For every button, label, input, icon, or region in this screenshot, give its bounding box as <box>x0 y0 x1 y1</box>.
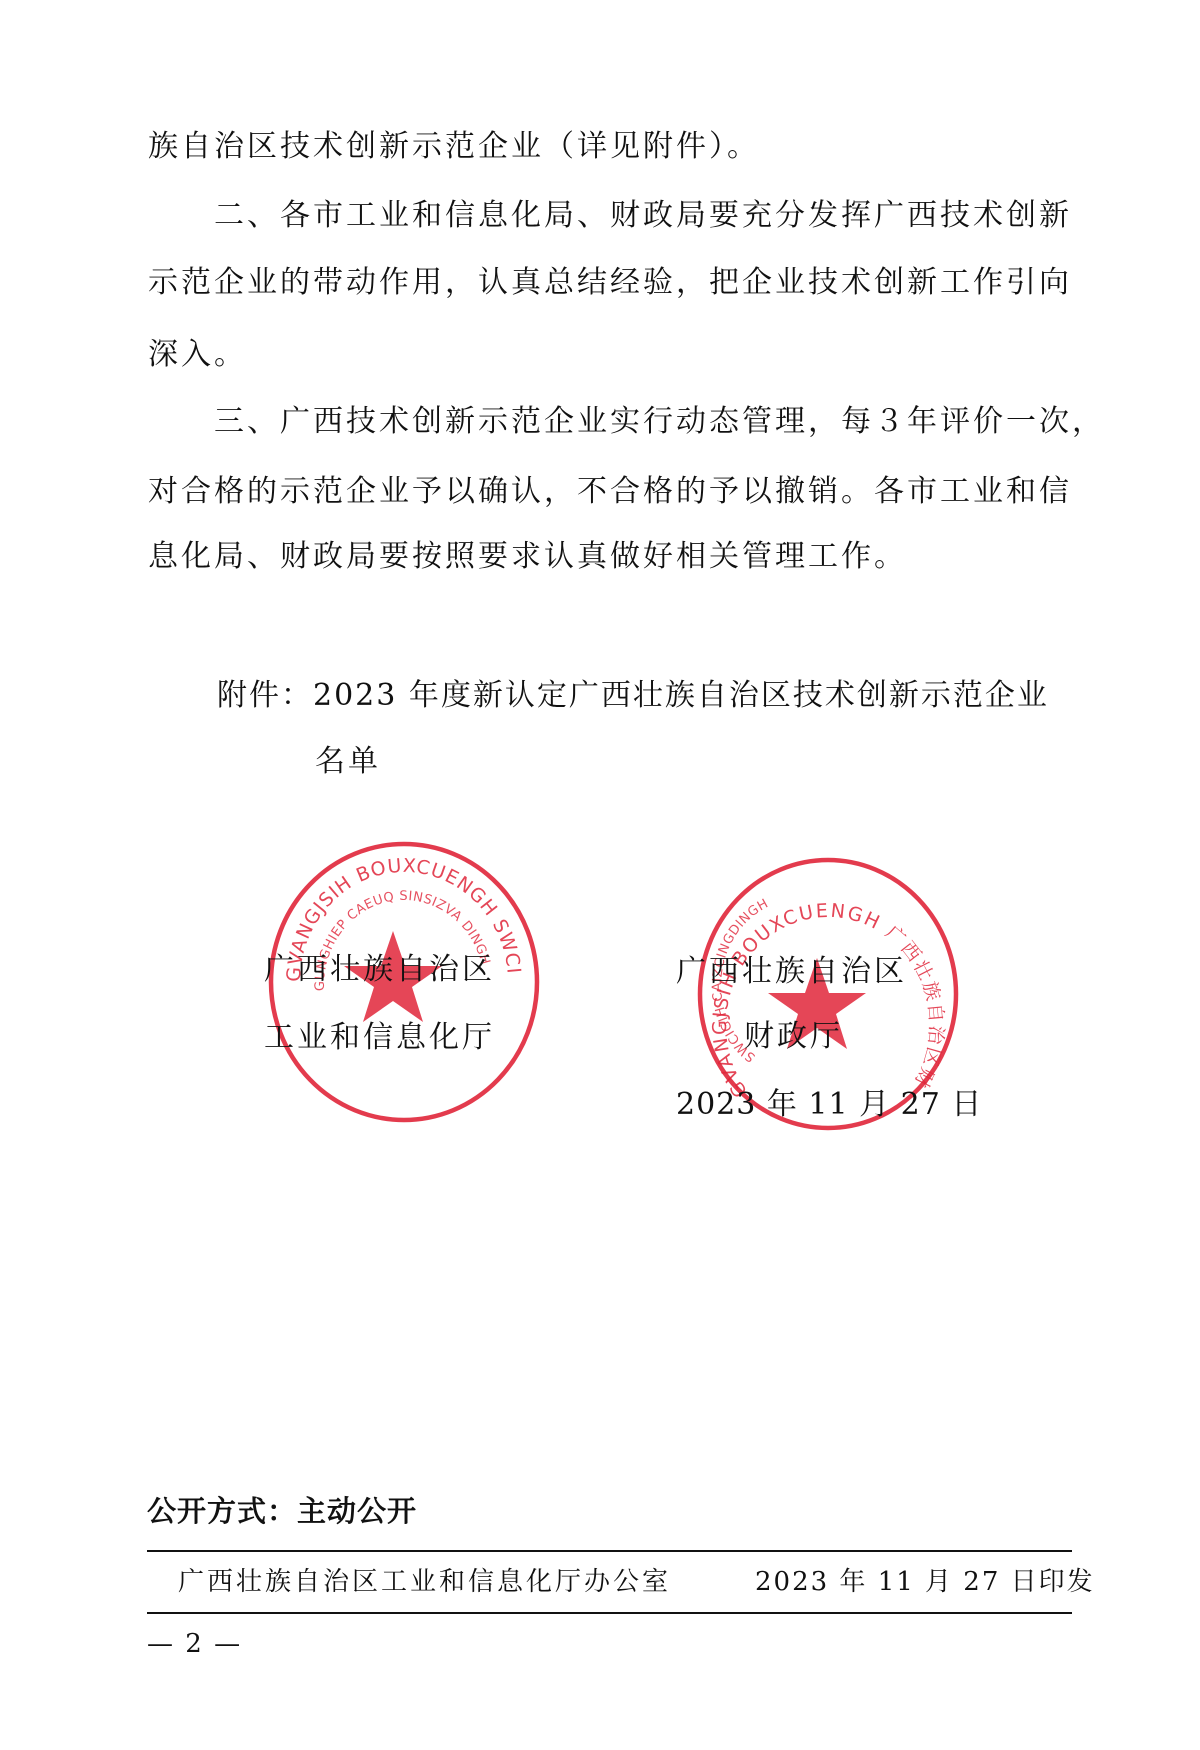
footer-top-rule <box>147 1550 1072 1552</box>
signatory-right-line-1: 广西壮族自治区 <box>676 955 907 989</box>
signatory-left-line-2: 工业和信息化厅 <box>264 1021 495 1055</box>
footer-issued-date: 2023 年 11 月 27 日印发 <box>755 1567 1095 1597</box>
attachment-title: 附件：2023 年度新认定广西壮族自治区技术创新示范企业 <box>217 679 1049 713</box>
paragraph-1-line-1: 族自治区技术创新示范企业（详见附件）。 <box>148 130 760 164</box>
paragraph-3-line-3: 息化局、财政局要按照要求认真做好相关管理工作。 <box>148 540 907 574</box>
signing-date: 2023 年 11 月 27 日 <box>676 1088 982 1122</box>
paragraph-2-line-2: 示范企业的带动作用，认真总结经验，把企业技术创新工作引向 <box>148 266 1072 300</box>
paragraph-2-line-1: 二、各市工业和信息化局、财政局要充分发挥广西技术创新 <box>214 199 1072 233</box>
footer-issuer: 广西壮族自治区工业和信息化厅办公室 <box>178 1567 671 1597</box>
page-number: — 2 — <box>147 1629 242 1659</box>
paragraph-2-line-3: 深入。 <box>148 338 247 372</box>
signatory-left-line-1: 广西壮族自治区 <box>264 953 495 987</box>
attachment-title-continued: 名单 <box>315 745 381 779</box>
signatory-right-line-2: 财政厅 <box>744 1020 843 1054</box>
paragraph-3-line-2: 对合格的示范企业予以确认，不合格的予以撤销。各市工业和信 <box>148 475 1072 509</box>
footer-bottom-rule <box>147 1612 1072 1614</box>
disclosure-method: 公开方式：主动公开 <box>147 1494 417 1528</box>
paragraph-3-line-1: 三、广西技术创新示范企业实行动态管理，每３年评价一次， <box>214 405 1105 439</box>
